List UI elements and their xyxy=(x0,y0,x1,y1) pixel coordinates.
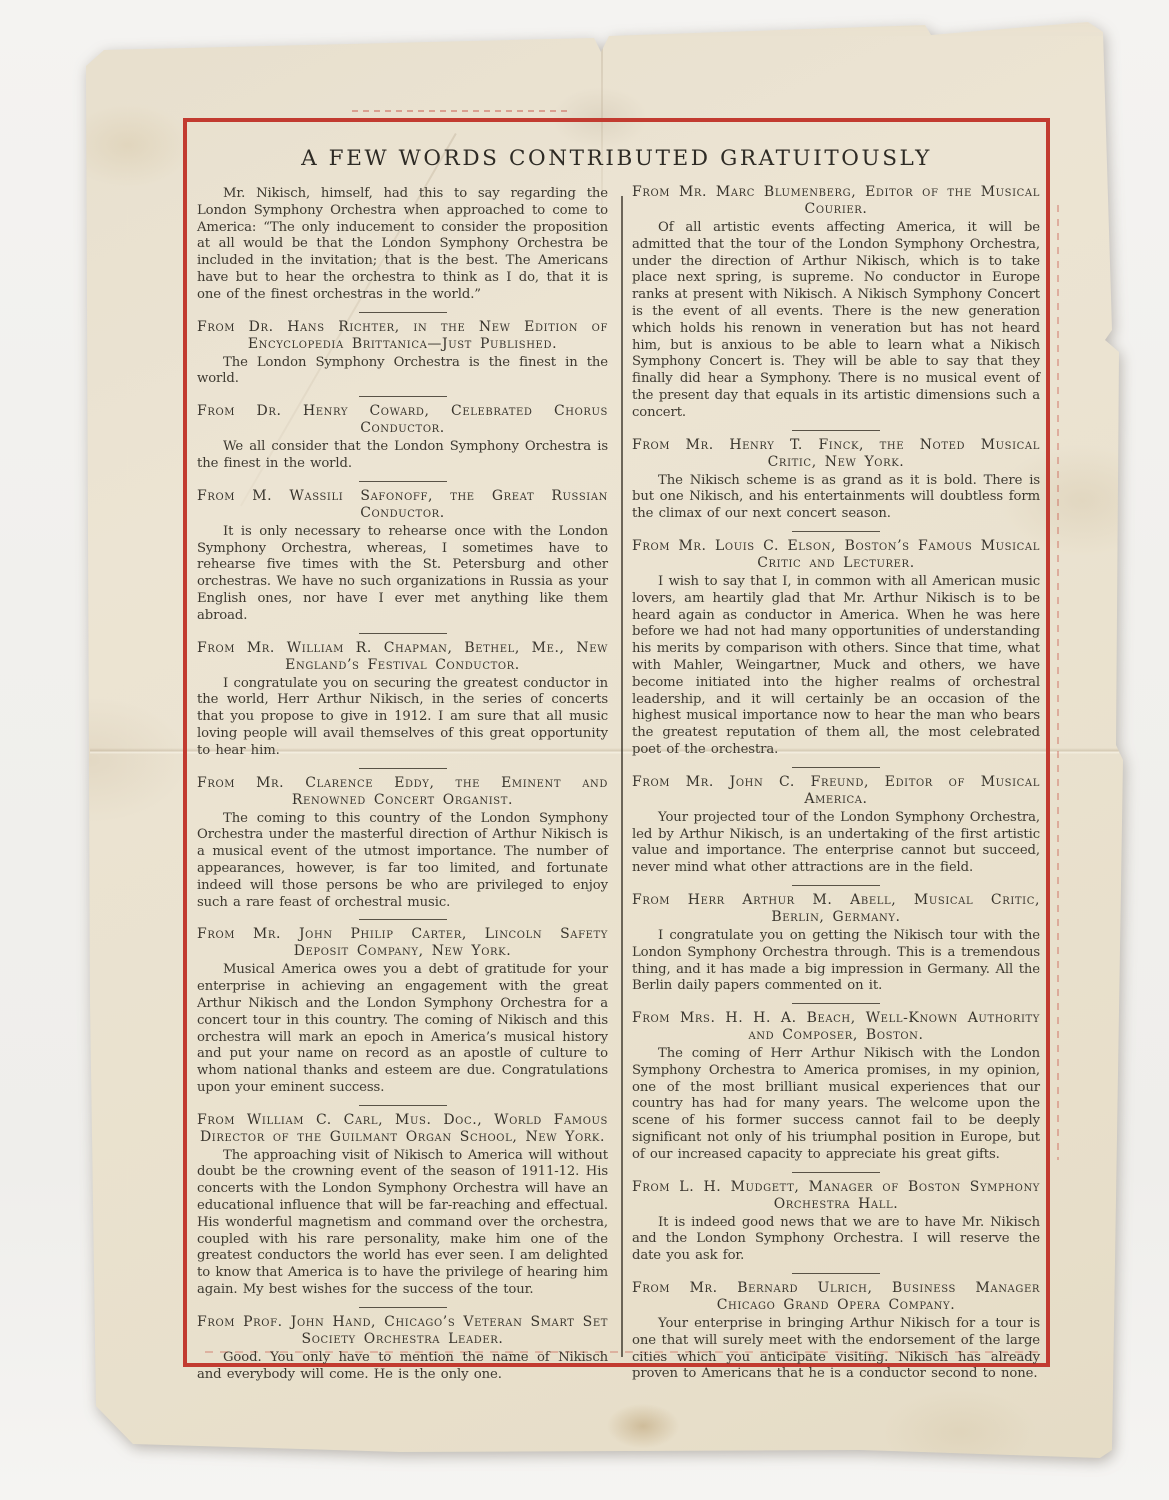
testimonial-heading: From Mr. Clarence Eddy, the Eminent and … xyxy=(197,775,608,809)
testimonial-heading: From Mr. John C. Freund, Editor of Music… xyxy=(632,774,1040,808)
testimonial-section: From William C. Carl, Mus. Doc., World F… xyxy=(197,1112,608,1308)
red-border-frame: A FEW WORDS CONTRIBUTED GRATUITOUSLY Mr.… xyxy=(183,118,1050,1367)
testimonial-paragraph: Your projected tour of the London Sympho… xyxy=(632,810,1040,877)
section-divider-rule xyxy=(792,767,880,768)
testimonial-section: Mr. Nikisch, himself, had this to say re… xyxy=(197,186,608,313)
section-divider-rule xyxy=(359,768,447,769)
testimonial-section: From Mr. Marc Blumenberg, Editor of the … xyxy=(632,184,1040,431)
testimonial-paragraph: I congratulate you on securing the great… xyxy=(197,676,608,760)
testimonial-paragraph: The coming to this country of the London… xyxy=(197,811,608,912)
testimonial-heading: From Mr. William R. Chapman, Bethel, Me.… xyxy=(197,640,608,674)
page-title: A FEW WORDS CONTRIBUTED GRATUITOUSLY xyxy=(197,146,1036,171)
testimonial-paragraph: It is indeed good news that we are to ha… xyxy=(632,1215,1040,1265)
testimonial-section: From Herr Arthur M. Abell, Musical Criti… xyxy=(632,892,1040,1004)
testimonial-paragraph: Good. You only have to mention the name … xyxy=(197,1350,608,1384)
testimonial-heading: From L. H. Mudgett, Manager of Boston Sy… xyxy=(632,1179,1040,1213)
testimonial-heading: From Dr. Henry Coward, Celebrated Chorus… xyxy=(197,403,608,437)
testimonial-paragraph: Mr. Nikisch, himself, had this to say re… xyxy=(197,186,608,304)
section-divider-rule xyxy=(792,1172,880,1173)
testimonial-heading: From Prof. John Hand, Chicago’s Veteran … xyxy=(197,1314,608,1348)
testimonial-section: From Mr. Henry T. Finck, the Noted Music… xyxy=(632,437,1040,532)
testimonial-paragraph: I congratulate you on getting the Nikisc… xyxy=(632,928,1040,995)
testimonial-section: From M. Wassili Safonoff, the Great Russ… xyxy=(197,488,608,634)
testimonial-paragraph: The Nikisch scheme is as grand as it is … xyxy=(632,473,1040,523)
testimonial-paragraph: Musical America owes you a debt of grati… xyxy=(197,962,608,1096)
testimonial-paragraph: We all consider that the London Symphony… xyxy=(197,439,608,473)
section-divider-rule xyxy=(792,885,880,886)
testimonial-heading: From Herr Arthur M. Abell, Musical Criti… xyxy=(632,892,1040,926)
two-column-layout: Mr. Nikisch, himself, had this to say re… xyxy=(187,184,1046,1383)
testimonial-heading: From M. Wassili Safonoff, the Great Russ… xyxy=(197,488,608,522)
paper-surface: A FEW WORDS CONTRIBUTED GRATUITOUSLY Mr.… xyxy=(0,0,1169,1500)
section-divider-rule xyxy=(359,396,447,397)
section-divider-rule xyxy=(359,919,447,920)
testimonial-heading: From Mr. Henry T. Finck, the Noted Music… xyxy=(632,437,1040,471)
testimonial-paragraph: The London Symphony Orchestra is the fin… xyxy=(197,355,608,389)
testimonial-section: From Dr. Hans Richter, in the New Editio… xyxy=(197,319,608,398)
testimonial-section: From Mr. Bernard Ulrich, Business Manage… xyxy=(632,1280,1040,1383)
testimonial-section: From L. H. Mudgett, Manager of Boston Sy… xyxy=(632,1179,1040,1274)
section-divider-rule xyxy=(792,430,880,431)
testimonial-section: From Dr. Henry Coward, Celebrated Chorus… xyxy=(197,403,608,482)
testimonial-section: From Mr. Clarence Eddy, the Eminent and … xyxy=(197,775,608,921)
section-divider-rule xyxy=(792,1003,880,1004)
testimonial-heading: From Mr. Louis C. Elson, Boston’s Famous… xyxy=(632,538,1040,572)
testimonial-section: From Mrs. H. H. A. Beach, Well-Known Aut… xyxy=(632,1010,1040,1173)
testimonial-heading: From Mrs. H. H. A. Beach, Well-Known Aut… xyxy=(632,1010,1040,1044)
section-divider-rule xyxy=(359,633,447,634)
testimonial-paragraph: Of all artistic events affecting America… xyxy=(632,220,1040,422)
testimonial-heading: From Dr. Hans Richter, in the New Editio… xyxy=(197,319,608,353)
ghost-print-line-right xyxy=(1057,205,1059,1160)
section-divider-rule xyxy=(792,1273,880,1274)
scan-background: A FEW WORDS CONTRIBUTED GRATUITOUSLY Mr.… xyxy=(0,0,1169,1500)
ghost-print-line-top xyxy=(352,110,567,112)
testimonial-section: From Mr. William R. Chapman, Bethel, Me.… xyxy=(197,640,608,769)
section-divider-rule xyxy=(359,481,447,482)
section-divider-rule xyxy=(359,312,447,313)
testimonial-section: From Mr. Louis C. Elson, Boston’s Famous… xyxy=(632,538,1040,768)
testimonial-paragraph: It is only necessary to rehearse once wi… xyxy=(197,524,608,625)
section-divider-rule xyxy=(792,531,880,532)
testimonial-section: From Mr. John C. Freund, Editor of Music… xyxy=(632,774,1040,886)
testimonial-paragraph: I wish to say that I, in common with all… xyxy=(632,574,1040,759)
testimonial-heading: From Mr. Marc Blumenberg, Editor of the … xyxy=(632,184,1040,218)
testimonial-heading: From William C. Carl, Mus. Doc., World F… xyxy=(197,1112,608,1146)
section-divider-rule xyxy=(359,1307,447,1308)
column-divider-rule xyxy=(621,196,623,1357)
left-column: Mr. Nikisch, himself, had this to say re… xyxy=(197,184,608,1383)
testimonial-heading: From Mr. Bernard Ulrich, Business Manage… xyxy=(632,1280,1040,1314)
testimonial-paragraph: The approaching visit of Nikisch to Amer… xyxy=(197,1148,608,1299)
testimonial-paragraph: Your enterprise in bringing Arthur Nikis… xyxy=(632,1316,1040,1383)
paper-sheet: A FEW WORDS CONTRIBUTED GRATUITOUSLY Mr.… xyxy=(0,0,1169,1500)
testimonial-section: From Mr. John Philip Carter, Lincoln Saf… xyxy=(197,926,608,1105)
testimonial-paragraph: The coming of Herr Arthur Nikisch with t… xyxy=(632,1046,1040,1164)
section-divider-rule xyxy=(359,1105,447,1106)
testimonial-heading: From Mr. John Philip Carter, Lincoln Saf… xyxy=(197,926,608,960)
right-column: From Mr. Marc Blumenberg, Editor of the … xyxy=(632,184,1040,1383)
testimonial-section: From Prof. John Hand, Chicago’s Veteran … xyxy=(197,1314,608,1384)
